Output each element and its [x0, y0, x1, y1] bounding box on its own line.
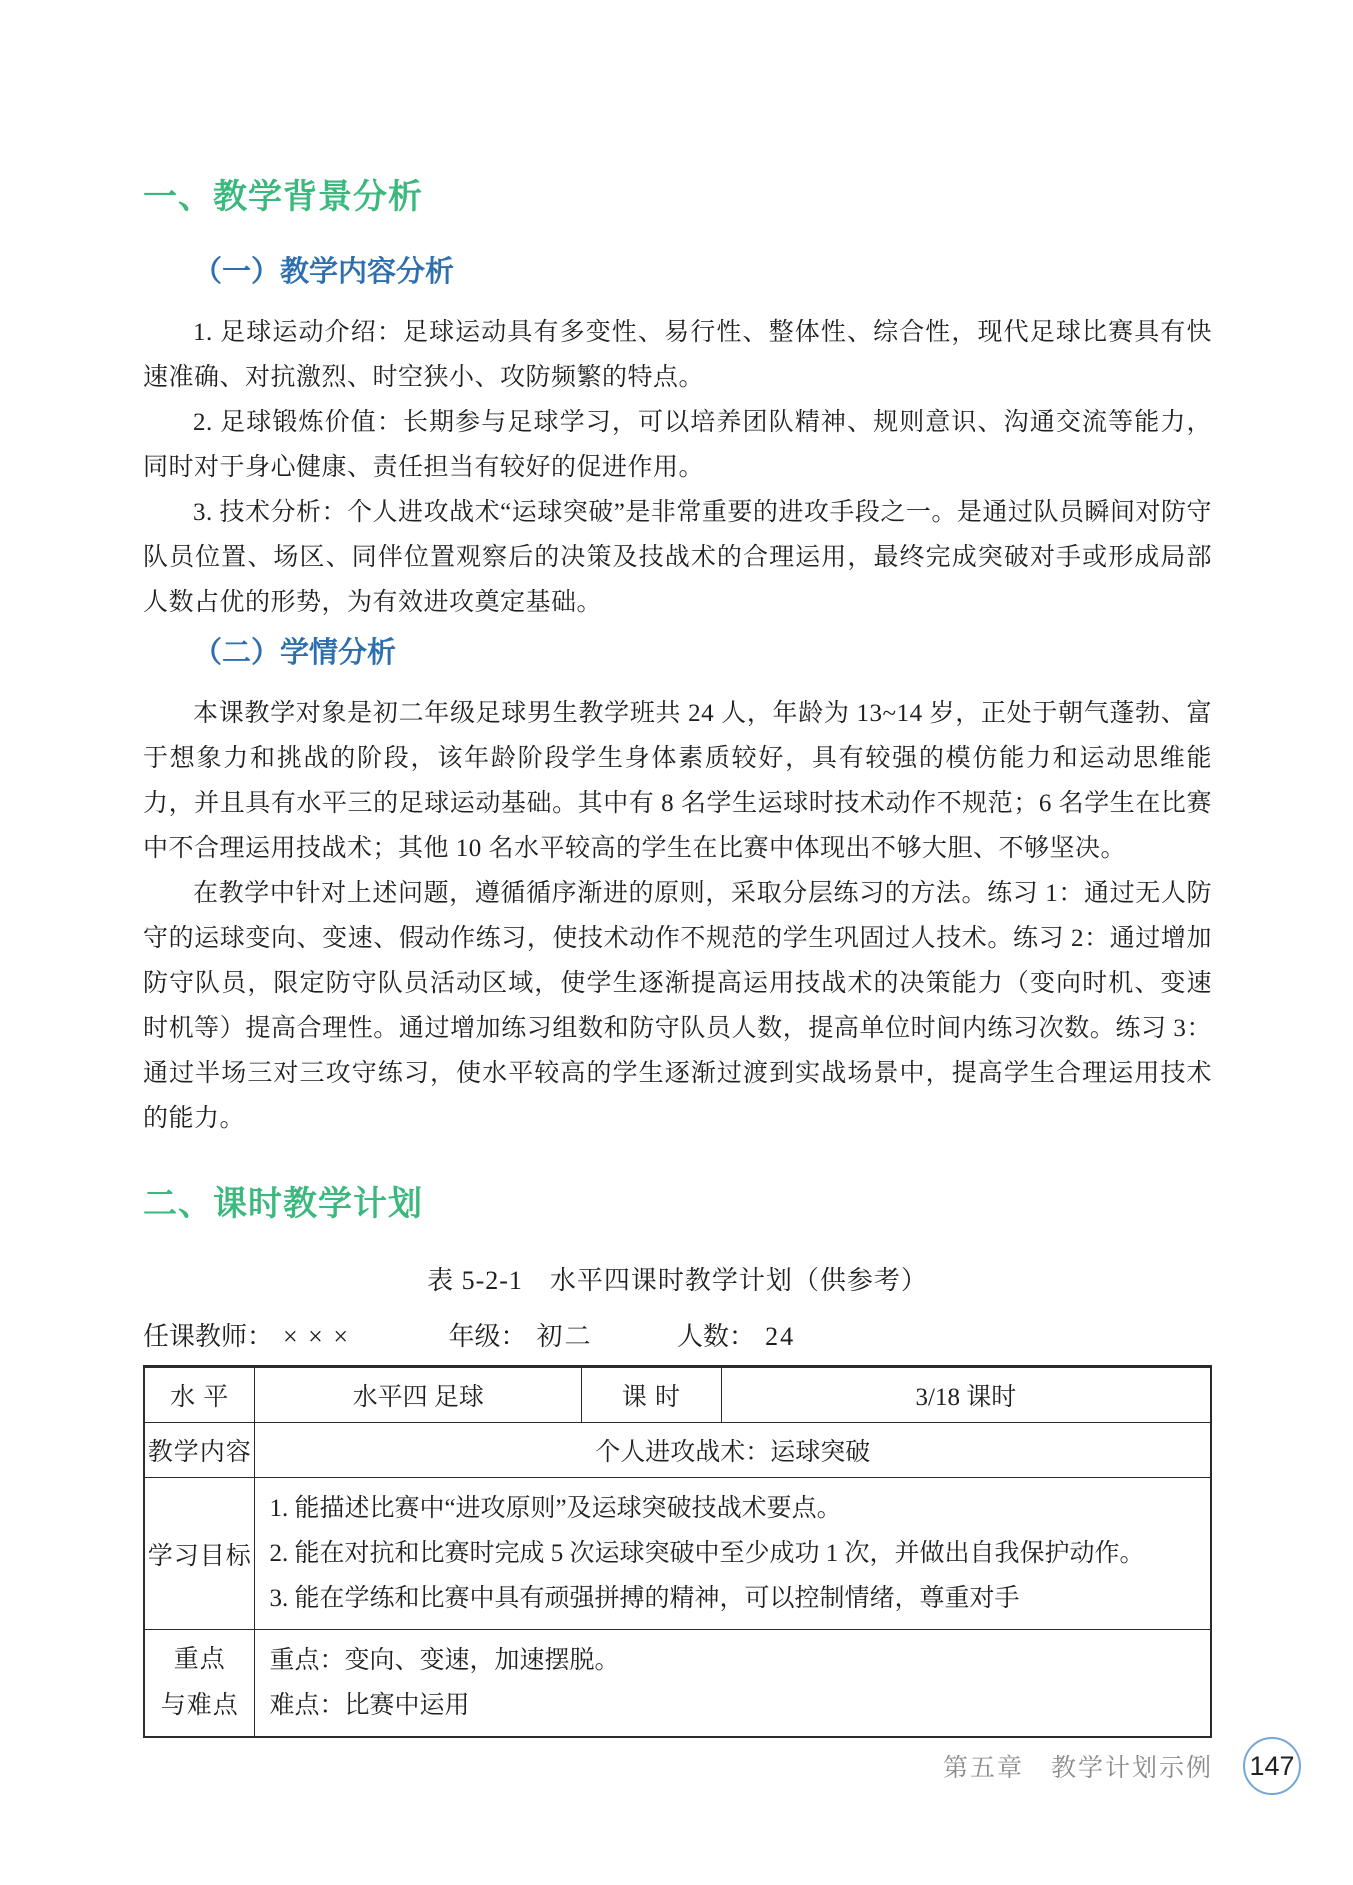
grade-label: 年级：	[449, 1322, 527, 1351]
footer-chapter-title: 第五章 教学计划示例	[943, 1748, 1213, 1784]
difficult-point-line: 难点：比赛中运用	[269, 1683, 1198, 1728]
subsection-1-1-heading: （一）教学内容分析	[193, 256, 1212, 288]
teaching-content-value-cell: 个人进攻战术：运球突破	[255, 1423, 1211, 1478]
paragraph-content-analysis-3: 3. 技术分析：个人进攻战术“运球突破”是非常重要的进攻手段之一。是通过队员瞬间…	[143, 490, 1212, 625]
grade-group: 年级：初二	[449, 1321, 593, 1353]
teacher-group: 任课教师：× × ×	[143, 1321, 350, 1353]
key-points-label-line-1: 重点	[146, 1637, 253, 1683]
table-meta-line: 任课教师：× × × 年级：初二 人数：24	[143, 1321, 1212, 1353]
paragraph-content-analysis-1: 1. 足球运动介绍：足球运动具有多变性、易行性、整体性、综合性，现代足球比赛具有…	[143, 310, 1212, 400]
period-value-cell: 3/18 课时	[721, 1367, 1211, 1423]
paragraph-content-analysis-2: 2. 足球锻炼价值：长期参与足球学习，可以培养团队精神、规则意识、沟通交流等能力…	[143, 400, 1212, 490]
table-row-level: 水 平 水平四 足球 课 时 3/18 课时	[144, 1367, 1211, 1423]
page-footer: 第五章 教学计划示例 147	[0, 1737, 1353, 1795]
teacher-value: × × ×	[283, 1322, 350, 1351]
page-content: 一、教学背景分析 （一）教学内容分析 1. 足球运动介绍：足球运动具有多变性、易…	[0, 0, 1353, 1738]
objective-line-1: 1. 能描述比赛中“进攻原则”及运球突破技战术要点。	[269, 1486, 1198, 1531]
table-row-key-points: 重点 与难点 重点：变向、变速，加速摆脱。 难点：比赛中运用	[144, 1630, 1211, 1738]
key-point-line: 重点：变向、变速，加速摆脱。	[269, 1638, 1198, 1683]
key-points-value-cell: 重点：变向、变速，加速摆脱。 难点：比赛中运用	[255, 1630, 1211, 1738]
teacher-label: 任课教师：	[143, 1322, 273, 1351]
objectives-label-cell: 学习目标	[144, 1478, 255, 1630]
table-row-teaching-content: 教学内容 个人进攻战术：运球突破	[144, 1423, 1211, 1478]
paragraph-student-analysis-2: 在教学中针对上述问题，遵循循序渐进的原则，采取分层练习的方法。练习 1：通过无人…	[143, 871, 1212, 1141]
page-number-badge: 147	[1243, 1737, 1301, 1795]
count-label: 人数：	[677, 1322, 755, 1351]
objective-line-2: 2. 能在对抗和比赛时完成 5 次运球突破中至少成功 1 次，并做出自我保护动作…	[269, 1531, 1198, 1576]
level-value-cell: 水平四 足球	[255, 1367, 582, 1423]
count-value: 24	[765, 1322, 795, 1351]
level-label-cell: 水 平	[144, 1367, 255, 1423]
paragraph-student-analysis-1: 本课教学对象是初二年级足球男生教学班共 24 人，年龄为 13~14 岁，正处于…	[143, 691, 1212, 871]
subsection-1-2-heading: （二）学情分析	[193, 637, 1212, 669]
lesson-plan-table: 水 平 水平四 足球 课 时 3/18 课时 教学内容 个人进攻战术：运球突破 …	[143, 1365, 1212, 1738]
objective-line-3: 3. 能在学练和比赛中具有顽强拼搏的精神，可以控制情绪，尊重对手	[269, 1576, 1198, 1621]
period-label-cell: 课 时	[581, 1367, 721, 1423]
grade-value: 初二	[537, 1322, 593, 1351]
section-2-heading: 二、课时教学计划	[143, 1185, 1212, 1223]
count-group: 人数：24	[677, 1321, 795, 1353]
key-points-label-line-2: 与难点	[146, 1683, 253, 1729]
table-caption: 表 5-2-1 水平四课时教学计划（供参考）	[143, 1265, 1212, 1297]
teaching-content-label-cell: 教学内容	[144, 1423, 255, 1478]
section-1-heading: 一、教学背景分析	[143, 178, 1212, 216]
objectives-value-cell: 1. 能描述比赛中“进攻原则”及运球突破技战术要点。 2. 能在对抗和比赛时完成…	[255, 1478, 1211, 1630]
document-page: 一、教学背景分析 （一）教学内容分析 1. 足球运动介绍：足球运动具有多变性、易…	[0, 0, 1353, 1885]
table-row-objectives: 学习目标 1. 能描述比赛中“进攻原则”及运球突破技战术要点。 2. 能在对抗和…	[144, 1478, 1211, 1630]
key-points-label-cell: 重点 与难点	[144, 1630, 255, 1738]
